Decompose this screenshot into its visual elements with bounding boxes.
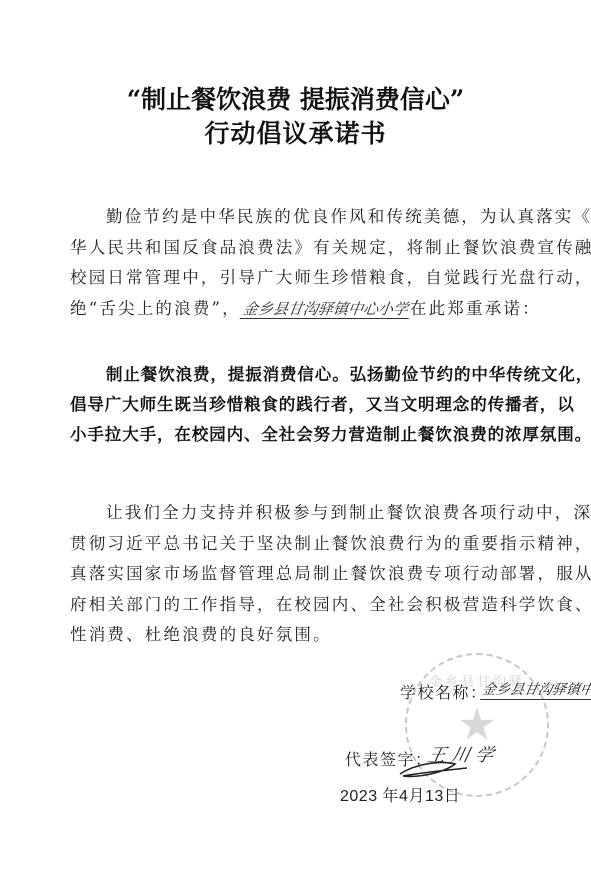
paragraph-line: 华人民共和国反食品浪费法》有关规定，将制止餐饮浪费宣传融入	[70, 233, 524, 264]
paragraph-line: 绝“舌尖上的浪费”，金乡县甘沟驿镇中心小学在此郑重承诺：	[70, 294, 524, 325]
paragraph-line: 真落实国家市场监督管理总局制止餐饮浪费专项行动部署，服从政	[70, 559, 524, 590]
handwritten-signature: 王 川 学	[425, 741, 496, 767]
signing-date: 2023 年4月13日	[340, 783, 460, 806]
paragraph-intro: 勤俭节约是中华民族的优良作风和传统美德，为认真落实《中 华人民共和国反食品浪费法…	[70, 202, 524, 324]
paragraph-line: 校园日常管理中，引导广大师生珍惜粮食，自觉践行光盘行动，杜	[70, 263, 524, 294]
official-seal-stamp-icon: 金乡县甘沟驿 ★	[405, 653, 549, 797]
paragraph-commitment: 制止餐饮浪费，提振消费信心。弘扬勤俭节约的中华传统文化， 倡导广大师生既当珍惜粮…	[70, 360, 524, 450]
paragraph-line: 小手拉大手，在校园内、全社会努力营造制止餐饮浪费的浓厚氛围。	[70, 420, 524, 450]
handwritten-school-name: 金乡县甘沟驿镇中心小学	[480, 679, 591, 700]
paragraph-line: 倡导广大师生既当珍惜粮食的践行者，又当文明理念的传播者，以	[70, 390, 524, 420]
paragraph-line: 贯彻习近平总书记关于坚决制止餐饮浪费行为的重要指示精神，认	[70, 529, 524, 560]
paragraph-line: 性消费、杜绝浪费的良好氛围。	[70, 620, 524, 651]
handwritten-school-name: 金乡县甘沟驿镇中心小学	[240, 300, 412, 319]
representative-signature-label: 代表签字：	[345, 747, 433, 770]
line-suffix: 在此郑重承诺：	[410, 299, 541, 318]
paragraph-line: 制止餐饮浪费，提振消费信心。弘扬勤俭节约的中华传统文化，	[70, 360, 524, 390]
document-title: “制止餐饮浪费 提振消费信心”	[0, 80, 591, 116]
stamp-text: 金乡县甘沟驿	[407, 671, 547, 690]
paragraph-line: 勤俭节约是中华民族的优良作风和传统美德，为认真落实《中	[70, 202, 524, 233]
paragraph-line: 府相关部门的工作指导，在校园内、全社会积极营造科学饮食、理	[70, 590, 524, 621]
paragraph-call-to-action: 让我们全力支持并积极参与到制止餐饮浪费各项行动中，深入 贯彻习近平总书记关于坚决…	[70, 498, 524, 651]
signature-scribble-icon	[395, 752, 475, 782]
school-name-label: 学校名称：	[400, 680, 488, 703]
document-subtitle: 行动倡议承诺书	[0, 114, 591, 150]
line-prefix: 绝“舌尖上的浪费”，	[70, 299, 241, 318]
star-icon: ★	[457, 700, 496, 751]
paragraph-line: 让我们全力支持并积极参与到制止餐饮浪费各项行动中，深入	[70, 498, 524, 529]
